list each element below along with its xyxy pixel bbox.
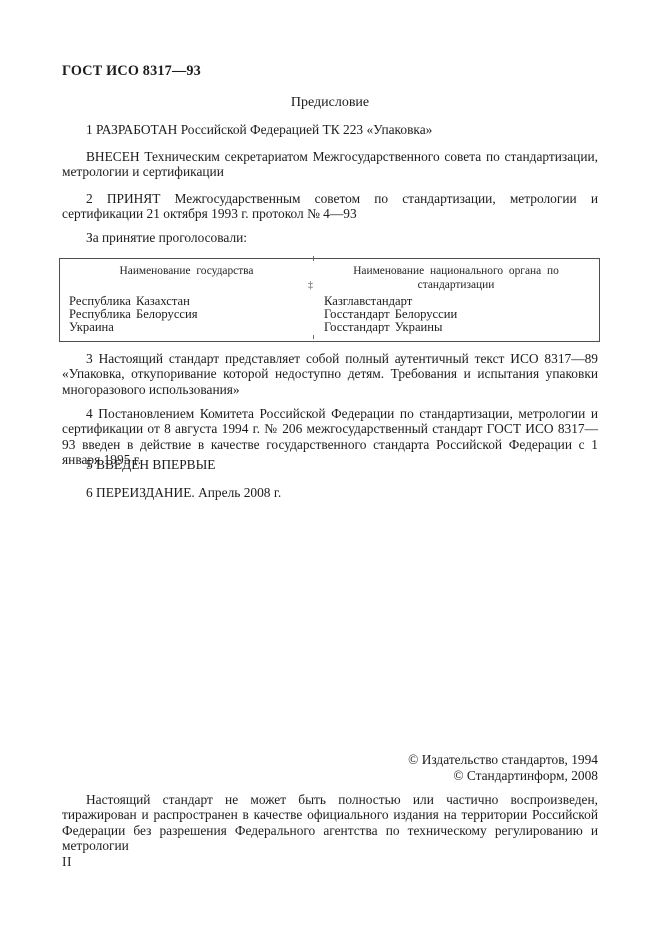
clause-3-authentic-text: 3 Настоящий стандарт представляет собой … [62, 351, 598, 397]
clause-1-developed: 1 РАЗРАБОТАН Российской Федерацией ТК 22… [62, 122, 598, 137]
vote-table-header-state: Наименование государства [60, 264, 313, 292]
vote-table: Наименование государства Наименование на… [59, 258, 600, 342]
vote-table-body: Республика Казахстан Казглавстандарт Рес… [60, 295, 599, 335]
reproduction-restriction-note: Настоящий стандарт не может быть полност… [62, 792, 598, 854]
table-cell-body: Госстандарт Украины [313, 321, 599, 334]
page-number: II [62, 854, 72, 870]
copyright-publisher-1994: © Издательство стандартов, 1994 [62, 752, 598, 768]
vote-caption: За принятие проголосовали: [62, 230, 598, 245]
clause-6-reissue: 6 ПЕРЕИЗДАНИЕ. Апрель 2008 г. [62, 485, 598, 500]
vote-table-header-body: Наименование национального органа по ста… [313, 264, 599, 292]
copyright-standartinform-2008: © Стандартинформ, 2008 [62, 768, 598, 784]
column-divider-tick [313, 335, 314, 339]
preface-title: Предисловие [62, 95, 598, 111]
vote-table-header-row: Наименование государства Наименование на… [60, 264, 599, 292]
copyright-block: © Издательство стандартов, 1994 © Станда… [62, 752, 598, 783]
column-divider-tick [313, 256, 314, 261]
table-row: Украина Госстандарт Украины [60, 321, 599, 334]
doc-code-heading: ГОСТ ИСО 8317—93 [62, 63, 201, 80]
clause-submitted: ВНЕСЕН Техническим секретариатом Межгосу… [62, 149, 598, 180]
scan-artifact-mark: ‡ [308, 281, 313, 291]
table-cell-state: Украина [60, 321, 313, 334]
clause-2-adopted: 2 ПРИНЯТ Межгосударственным советом по с… [62, 191, 598, 222]
clause-5-first-edition: 5 ВВЕДЕН ВПЕРВЫЕ [62, 457, 598, 472]
document-page: ГОСТ ИСО 8317—93 Предисловие 1 РАЗРАБОТА… [0, 0, 661, 935]
